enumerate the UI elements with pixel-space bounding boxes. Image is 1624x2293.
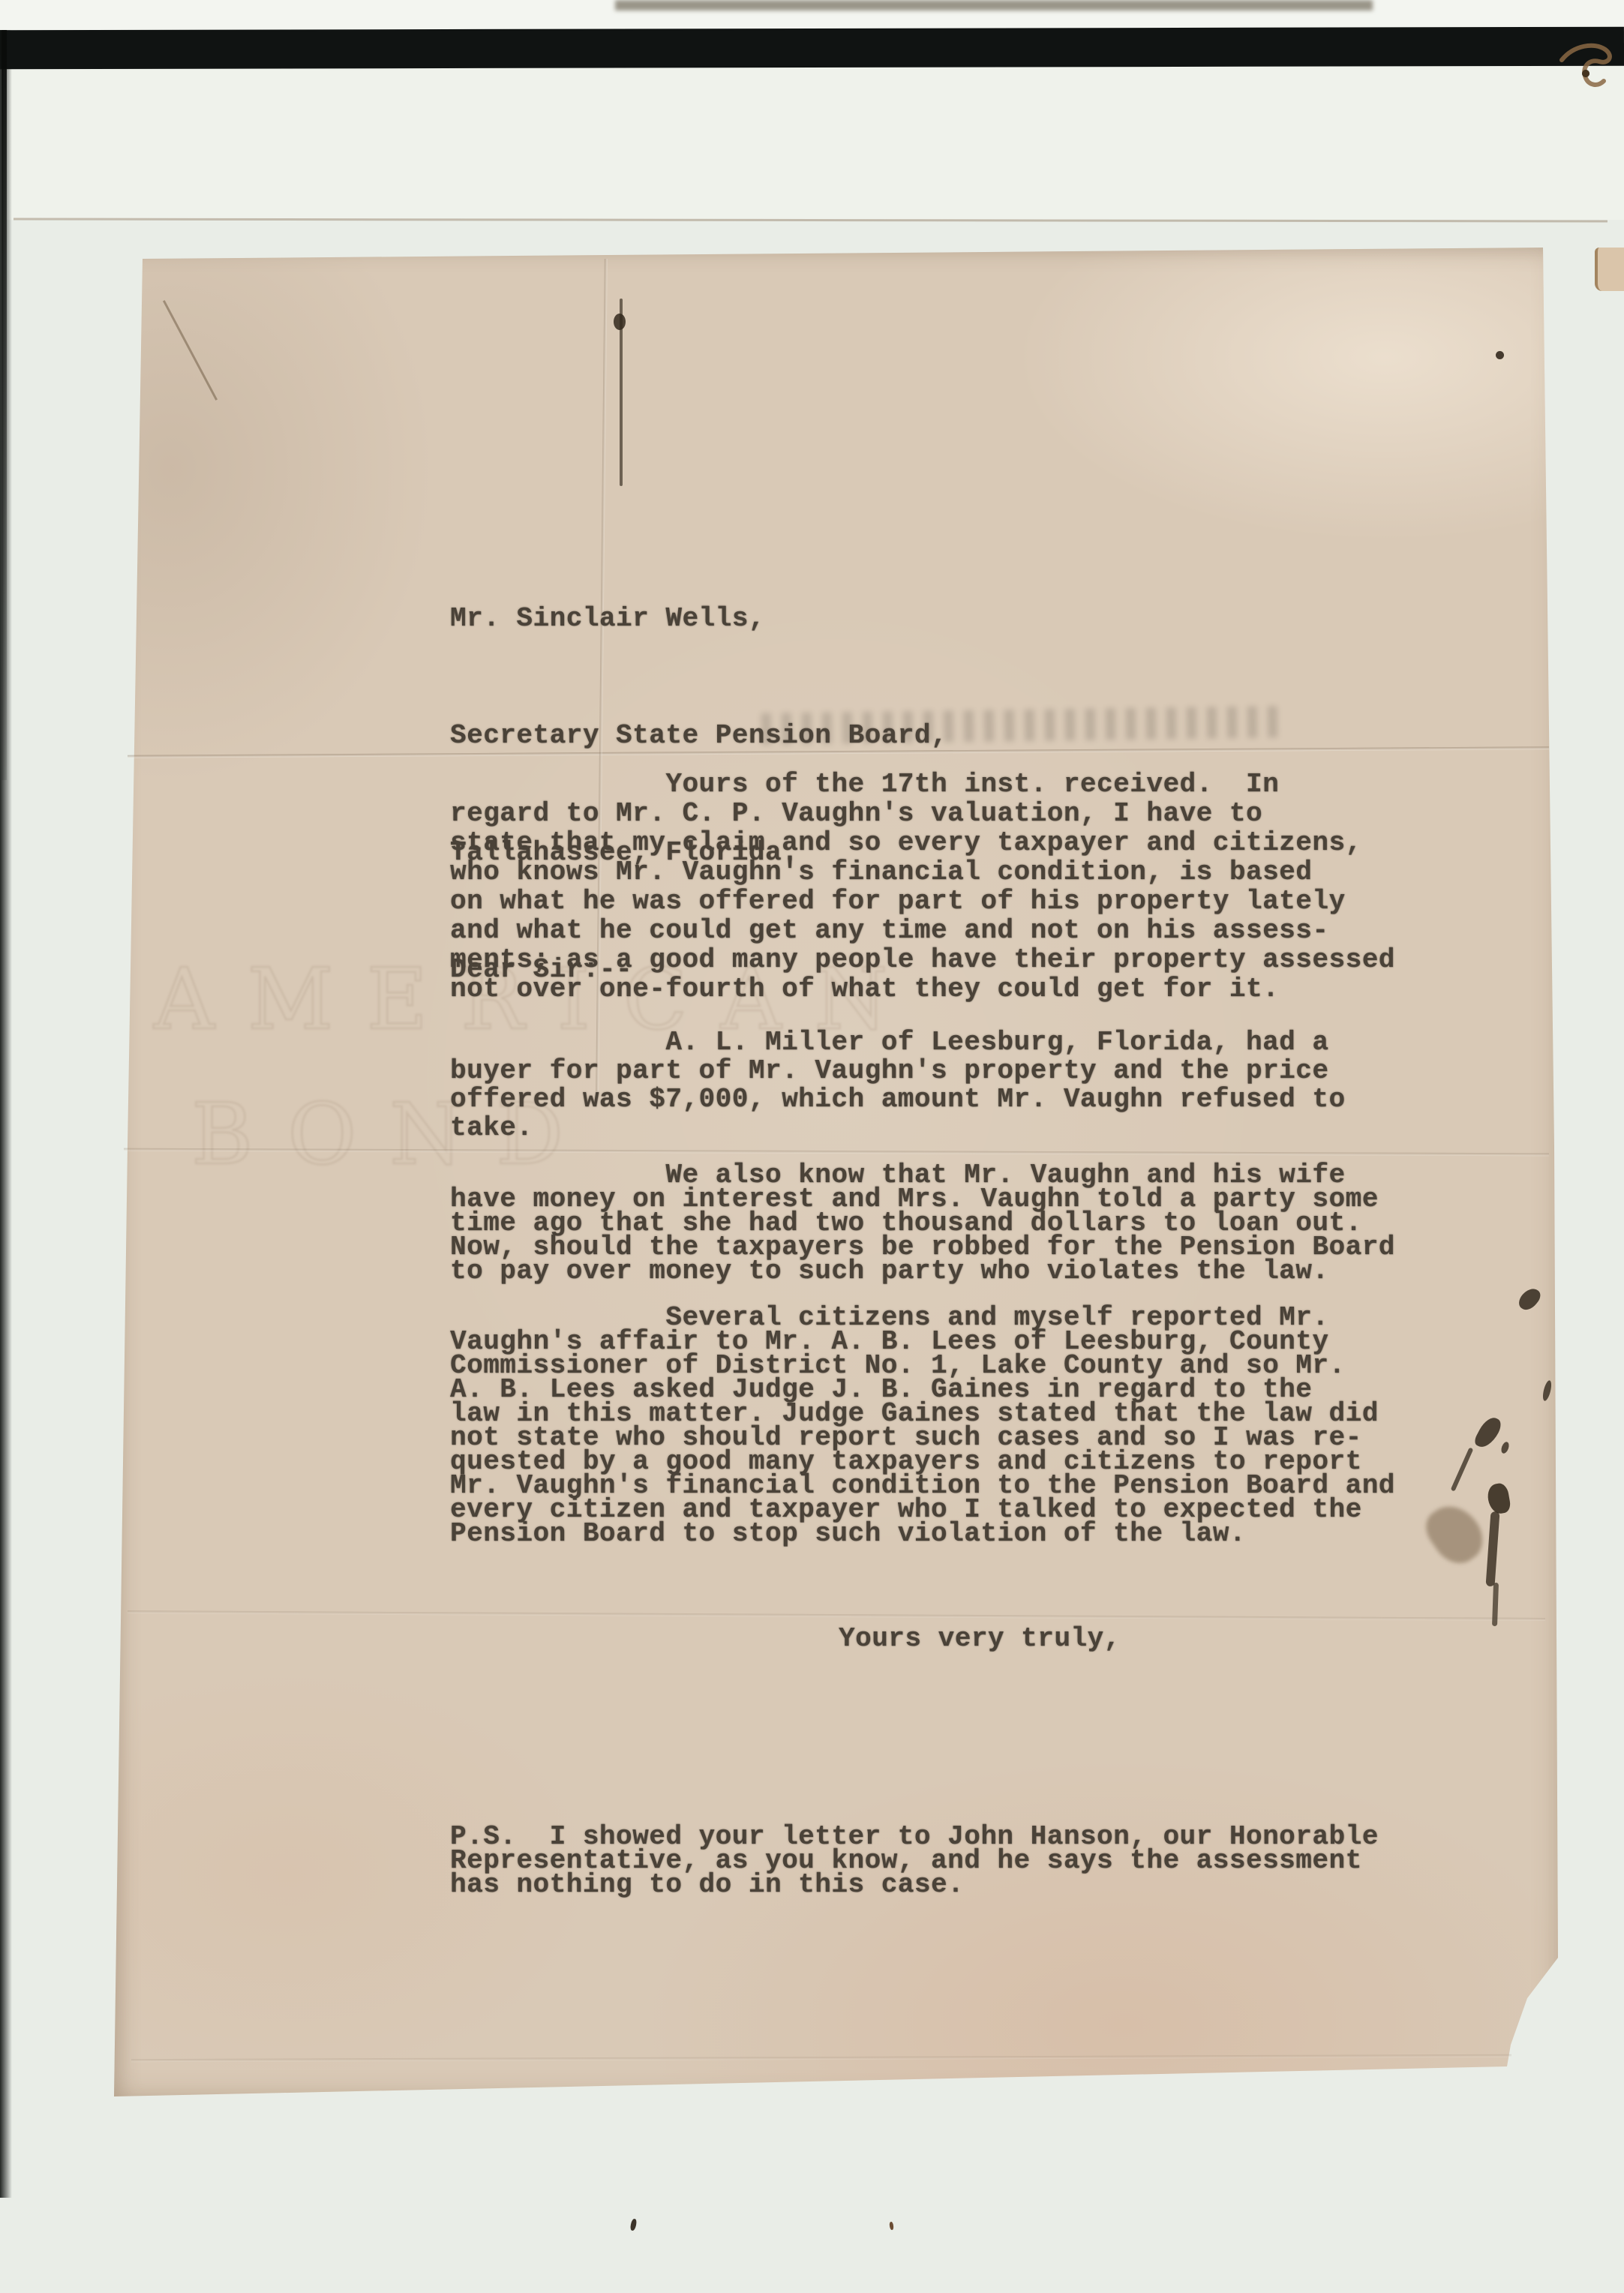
scanned-letter-page: AMERICAN BOND Mr. Sinclair Wells, Secret… (0, 0, 1624, 2293)
scanner-light-band (0, 66, 1624, 220)
background-fleck (629, 2218, 637, 2231)
scanner-left-edge-line (2, 30, 7, 780)
background-fleck (889, 2222, 893, 2231)
recipient-line: Secretary State Pension Board, (450, 708, 947, 764)
closing-line: Yours very truly, (839, 1625, 1121, 1652)
body-paragraph-4: Several citizens and myself reported Mr.… (450, 1306, 1395, 1546)
paper-scrap-right-edge (1595, 248, 1624, 291)
ink-dot (614, 314, 626, 330)
postscript-block: P.S. I showed your letter to John Hanson… (450, 1825, 1379, 1897)
recipient-line: Mr. Sinclair Wells, (450, 591, 947, 647)
body-paragraph-2: A. L. Miller of Leesburg, Florida, had a… (450, 1028, 1346, 1142)
ink-dot (1496, 351, 1504, 359)
brown-curl-mark (1559, 39, 1623, 93)
scanner-edge-fuzz (615, 0, 1373, 11)
scanner-black-band (0, 27, 1624, 70)
body-paragraph-1: Yours of the 17th inst. received. In reg… (450, 770, 1395, 1004)
body-paragraph-3: We also know that Mr. Vaughn and his wif… (450, 1163, 1395, 1283)
